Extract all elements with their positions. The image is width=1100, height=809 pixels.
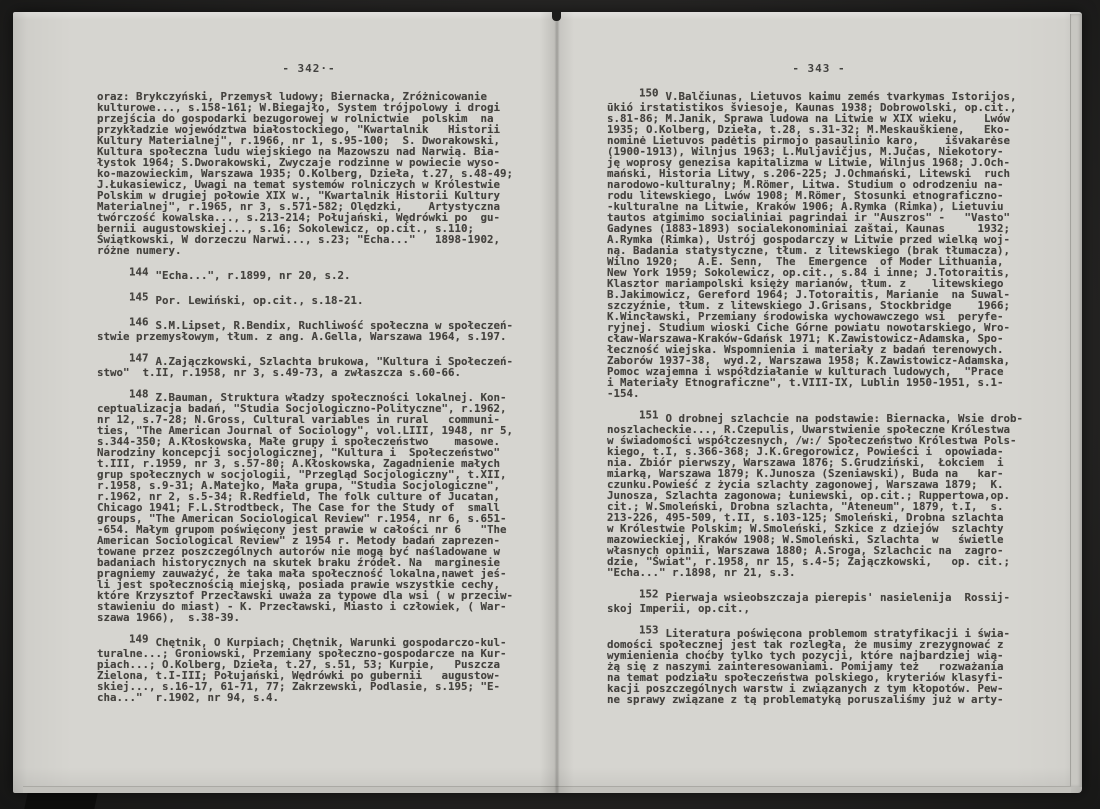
- footnote-150-text: V.Balčiunas, Lietuvos kaimu zemés tvarky…: [607, 90, 1017, 400]
- footnote-149-text: Chętnik, O Kurpiach; Chętnik, Warunki go…: [97, 636, 507, 704]
- footnote-150-number: 150: [639, 88, 659, 99]
- footnote-147-number: 147: [129, 353, 149, 364]
- footnote-152: 152Pierwaja wsieobszczaja pierepis' nasi…: [607, 592, 1031, 614]
- book-gutter-shadow: [540, 12, 574, 793]
- footnote-147-text: A.Zajączkowski, Szlachta brukowa, "Kultu…: [97, 355, 513, 379]
- footnote-148-number: 148: [129, 389, 149, 400]
- book-gutter-notch: [552, 10, 561, 21]
- footnote-145: 145Por. Lewiński, op.cit., s.18-21.: [97, 295, 521, 306]
- footnote-150: 150V.Balčiunas, Lietuvos kaimu zemés tva…: [607, 91, 1031, 399]
- footnote-152-text: Pierwaja wsieobszczaja pierepis' nasiele…: [607, 591, 1010, 615]
- footnote-151: 151O drobnej szlachcie na podstawie: Bie…: [607, 413, 1031, 578]
- page-343: - 343 - 150V.Balčiunas, Lietuvos kaimu z…: [607, 62, 1031, 705]
- footnote-147: 147A.Zajączkowski, Szlachta brukowa, "Ku…: [97, 356, 521, 378]
- book-cover-corner: [24, 793, 97, 809]
- footnote-146-number: 146: [129, 317, 149, 328]
- footnote-146-text: S.M.Lipset, R.Bendix, Ruchliwość społecz…: [97, 319, 513, 343]
- book-spread: - 342·- oraz: Brykczyński, Przemysł ludo…: [13, 12, 1082, 793]
- footnote-144-text: "Echa...", r.1899, nr 20, s.2.: [156, 269, 351, 282]
- footnote-151-number: 151: [639, 410, 659, 421]
- footnote-153-number: 153: [639, 625, 659, 636]
- footnote-153: 153Literatura poświęcona problemom strat…: [607, 628, 1031, 705]
- footnote-146: 146S.M.Lipset, R.Bendix, Ruchliwość społ…: [97, 320, 521, 342]
- note-continuation-text: oraz: Brykczyński, Przemysł ludowy; Bier…: [97, 90, 513, 257]
- page-number-343: - 343 -: [607, 62, 1031, 75]
- footnote-144: 144"Echa...", r.1899, nr 20, s.2.: [97, 270, 521, 281]
- footnote-149: 149Chętnik, O Kurpiach; Chętnik, Warunki…: [97, 637, 521, 703]
- footnote-153-text: Literatura poświęcona problemom stratyfi…: [607, 627, 1010, 706]
- footnote-152-number: 152: [639, 589, 659, 600]
- footnote-148: 148Z.Bauman, Struktura władzy społecznoś…: [97, 392, 521, 623]
- page-stack-edge-right: [1070, 14, 1082, 787]
- footnote-145-number: 145: [129, 292, 149, 303]
- footnote-145-text: Por. Lewiński, op.cit., s.18-21.: [156, 294, 364, 307]
- note-continuation: oraz: Brykczyński, Przemysł ludowy; Bier…: [97, 91, 521, 256]
- footnote-148-text: Z.Bauman, Struktura władzy społeczności …: [97, 391, 513, 624]
- book-scan: - 342·- oraz: Brykczyński, Przemysł ludo…: [0, 0, 1100, 809]
- footnote-151-text: O drobnej szlachcie na podstawie: Bierna…: [607, 412, 1023, 579]
- page-number-342: - 342·-: [97, 62, 521, 75]
- page-342: - 342·- oraz: Brykczyński, Przemysł ludo…: [97, 62, 521, 703]
- footnote-144-number: 144: [129, 267, 149, 278]
- footnote-149-number: 149: [129, 634, 149, 645]
